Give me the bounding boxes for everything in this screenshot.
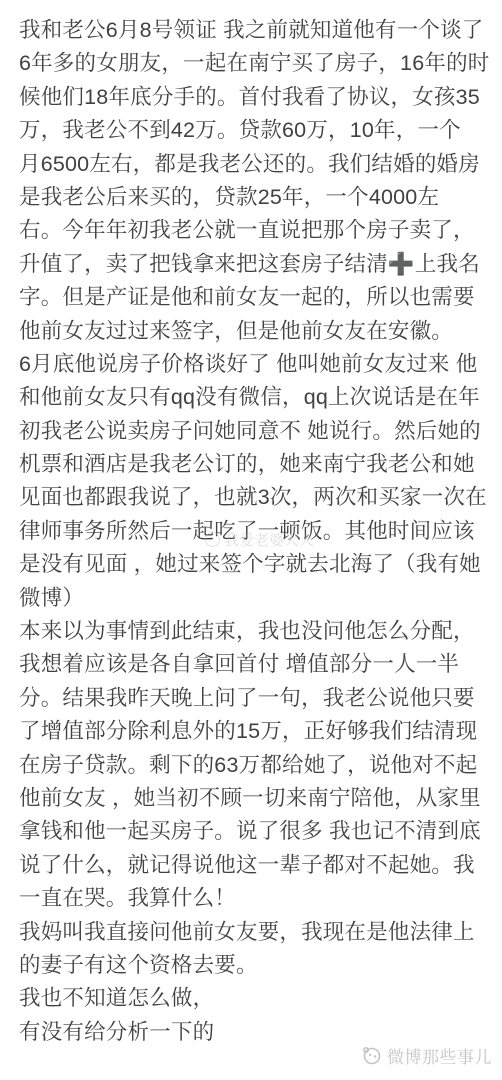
text-line: 6年多的女朋友，一起在南宁买了房子，16年的时: [19, 47, 489, 80]
text-line: 拿钱和他一起买房子。说了很多 我也记不清到底: [19, 815, 489, 848]
text-line: 万，我老公不到42万。贷款60万，10年，一个: [19, 114, 489, 147]
panda-face-icon: [361, 1045, 382, 1066]
text-line: 本来以为事情到此结束，我也没问他怎么分配，: [19, 615, 489, 648]
text-line: 了增值部分除利息外的15万，正好够我们结清现: [19, 715, 489, 748]
text-line: 右。今年年初我老公就一直说把那个房子卖了，: [19, 214, 489, 247]
text-line: 和他前女友只有qq没有微信，qq上次说话是在年: [19, 381, 489, 414]
text-line: 我妈叫我直接问他前女友要，我现在是他法律上: [19, 916, 489, 949]
text-line: 分。结果我昨天晚上问了一句，我老公说他只要: [19, 682, 489, 715]
text-line: 月6500左右，都是我老公还的。我们结婚的婚房: [19, 148, 489, 181]
footer-watermark-text: 微博那些事儿: [387, 1043, 492, 1068]
text-line: 一直在哭。我算什么！: [19, 882, 489, 915]
text-line: 他前女友 ，她当初不顾一切来南宁陪他，从家里: [19, 782, 489, 815]
text-line: 初我老公说卖房子问她同意不 她说行。然后她的: [19, 415, 489, 448]
text-line: 律师事务所然后一起吃了一顿饭。其他时间应该: [19, 515, 489, 548]
text-line: 我和老公6月8号领证 我之前就知道他有一个谈了: [19, 14, 489, 47]
text-line: 我想着应该是各自拿回首付 增值部分一人一半: [19, 648, 489, 681]
text-line: 微博）: [19, 582, 489, 615]
text-line: 在房子贷款。剩下的63万都给她了，说他对不起: [19, 749, 489, 782]
text-line: 机票和酒店是我老公订的，她来南宁我老公和她: [19, 448, 489, 481]
text-line: 说了什么，就记得说他这一辈子都对不起她。我: [19, 849, 489, 882]
text-line: 他前女友过过来签字，但是他前女友在安徽。: [19, 315, 489, 348]
text-line: 候他们18年底分手的。首付我看了协议，女孩35: [19, 81, 489, 114]
text-line: 我也不知道怎么做，: [19, 982, 489, 1015]
text-line: 的妻子有这个资格去要。: [19, 949, 489, 982]
text-line: 字。但是产证是他和前女友一起的，所以也需要: [19, 281, 489, 314]
post-text-block: 我和老公6月8号领证 我之前就知道他有一个谈了6年多的女朋友，一起在南宁买了房子…: [19, 14, 489, 1049]
text-line: 是没有见面 ，她过来签个字就去北海了（我有她: [19, 548, 489, 581]
text-line: 是我老公后来买的，贷款25年，一个4000左: [19, 181, 489, 214]
footer-watermark: 微博那些事儿: [361, 1043, 492, 1068]
text-line: 6月底他说房子价格谈好了 他叫她前女友过来 他: [19, 348, 489, 381]
text-line: 升值了，卖了把钱拿来把这套房子结清➕上我名: [19, 248, 489, 281]
post-screenshot: 我和老公6月8号领证 我之前就知道他有一个谈了6年多的女朋友，一起在南宁买了房子…: [0, 0, 502, 1080]
text-line: 见面也都跟我说了，也就3次，两次和买家一次在: [19, 481, 489, 514]
